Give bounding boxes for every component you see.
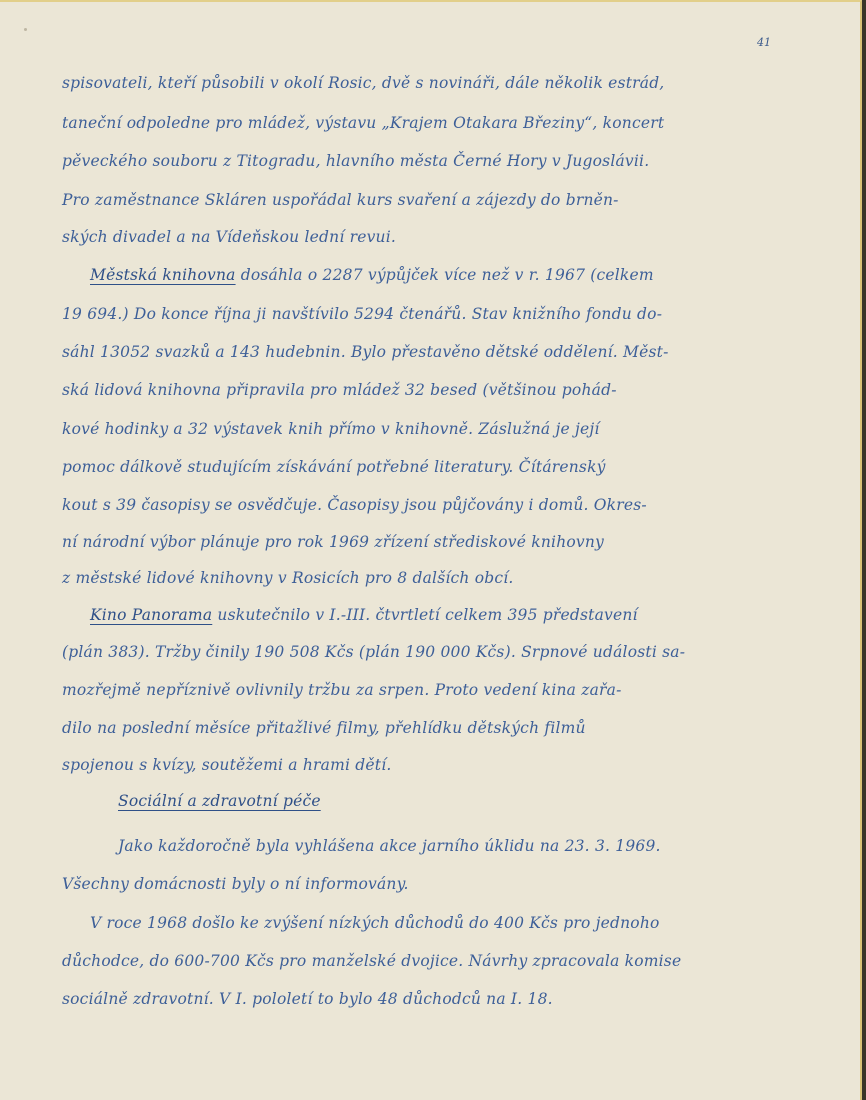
section-heading-mestska-knihovna: Městská knihovna bbox=[90, 266, 236, 284]
text-line: sáhl 13052 svazků a 143 hudebnin. Bylo p… bbox=[62, 343, 669, 361]
section-heading-social-care: Sociální a zdravotní péče bbox=[62, 792, 321, 810]
text-line: sociálně zdravotní. V I. pololetí to byl… bbox=[62, 990, 553, 1008]
text-run: dosáhla o 2287 výpůjček více než v r. 19… bbox=[236, 266, 654, 284]
text-line: ská lidová knihovna připravila pro mláde… bbox=[62, 381, 617, 399]
handwritten-page: 41 spisovateli, kteří působili v okolí R… bbox=[0, 0, 862, 1100]
text-run: uskutečnilo v I.-III. čtvrtletí celkem 3… bbox=[212, 606, 637, 624]
text-line: důchodce, do 600-700 Kčs pro manželské d… bbox=[62, 952, 681, 970]
text-line: z městské lidové knihovny v Rosicích pro… bbox=[62, 569, 514, 587]
text-line: V roce 1968 došlo ke zvýšení nízkých důc… bbox=[62, 914, 660, 932]
paper-speck bbox=[24, 28, 27, 31]
text-line: kout s 39 časopisy se osvědčuje. Časopis… bbox=[62, 496, 647, 514]
text-line: dilo na poslední měsíce přitažlivé filmy… bbox=[62, 719, 586, 737]
text-line: pomoc dálkově studujícím získávání potře… bbox=[62, 458, 606, 476]
text-line: ní národní výbor plánuje pro rok 1969 zř… bbox=[62, 533, 604, 551]
text-line: pěveckého souboru z Titogradu, hlavního … bbox=[62, 152, 649, 170]
text-line: 19 694.) Do konce října ji navštívilo 52… bbox=[62, 305, 662, 323]
text-line: kové hodinky a 32 výstavek knih přímo v … bbox=[62, 420, 600, 438]
text-line: spisovateli, kteří působili v okolí Rosi… bbox=[62, 74, 664, 92]
text-line: (plán 383). Tržby činily 190 508 Kčs (pl… bbox=[62, 643, 685, 661]
section-heading-text: Sociální a zdravotní péče bbox=[118, 792, 321, 810]
text-line: taneční odpoledne pro mládež, výstavu „K… bbox=[62, 114, 664, 132]
text-line: Pro zaměstnance Skláren uspořádal kurs s… bbox=[62, 191, 619, 209]
text-line: Všechny domácnosti byly o ní informovány… bbox=[62, 875, 409, 893]
text-line: Jako každoročně byla vyhlášena akce jarn… bbox=[62, 837, 661, 855]
paragraph-cinema: Kino Panorama uskutečnilo v I.-III. čtvr… bbox=[62, 606, 638, 624]
paragraph-library: Městská knihovna dosáhla o 2287 výpůjček… bbox=[62, 266, 654, 284]
section-heading-kino-panorama: Kino Panorama bbox=[90, 606, 212, 624]
text-line: ských divadel a na Vídeňskou lední revui… bbox=[62, 228, 396, 246]
page-number: 41 bbox=[757, 36, 771, 49]
text-line: mozřejmě nepříznivě ovlivnily tržbu za s… bbox=[62, 681, 622, 699]
text-line: spojenou s kvízy, soutěžemi a hrami dětí… bbox=[62, 756, 392, 774]
